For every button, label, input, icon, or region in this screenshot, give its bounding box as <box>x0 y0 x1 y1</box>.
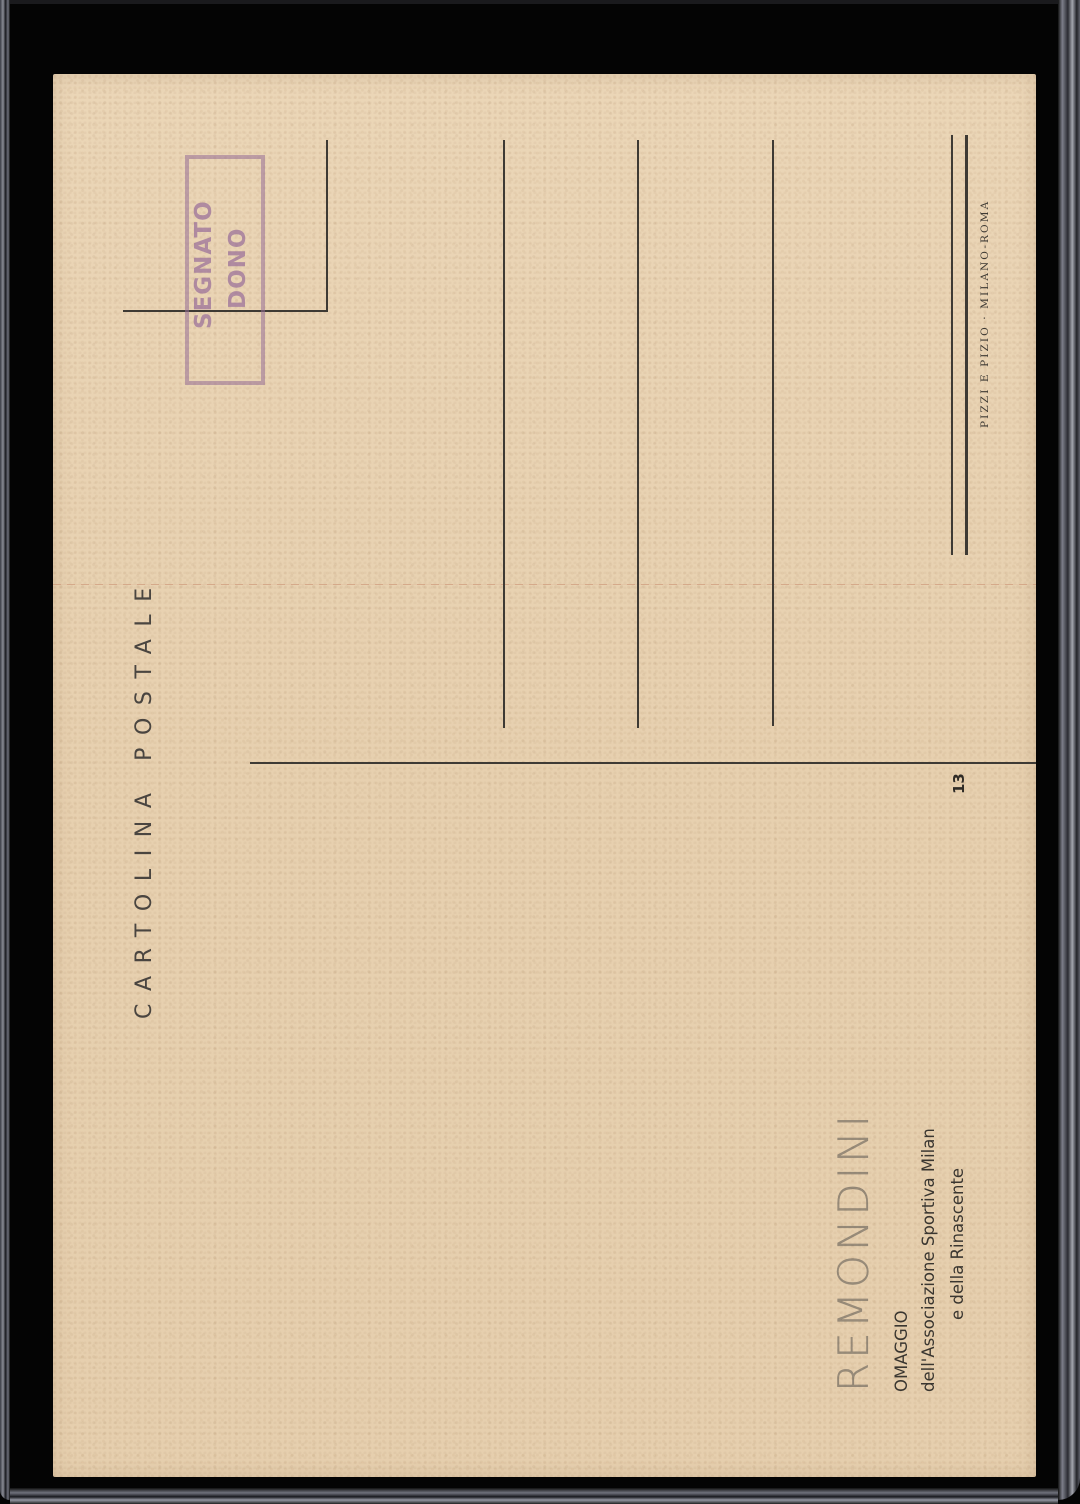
postcard-title: CARTOLINA POSTALE <box>132 575 157 1019</box>
message-divider <box>250 762 1036 764</box>
stamp-box-right-border <box>326 140 328 312</box>
card-number: 13 <box>950 773 968 794</box>
caption-omaggio: OMAGGIO <box>892 1310 911 1392</box>
card-holder: CARTOLINA POSTALE SEGNATO DONO PIZZI E P… <box>0 0 1080 1504</box>
publisher-rule-left <box>951 135 953 555</box>
address-line-1 <box>503 140 505 728</box>
holder-left-edge <box>0 0 10 1500</box>
holder-bottom-edge <box>10 1488 1058 1504</box>
stamp-text-line2: DONO <box>225 228 251 309</box>
rubber-stamp: SEGNATO DONO <box>185 155 265 385</box>
caption-association: dell'Associazione Sportiva Milan <box>919 1128 938 1392</box>
address-line-3 <box>772 140 774 726</box>
publisher-rule-right <box>965 135 968 555</box>
caption-rinascente: e della Rinascente <box>948 1168 967 1320</box>
publisher-imprint: PIZZI E PIZIO · MILANO-ROMA <box>979 200 991 428</box>
postcard-back: CARTOLINA POSTALE SEGNATO DONO PIZZI E P… <box>53 74 1036 1477</box>
stamp-text-line1: SEGNATO <box>191 200 217 329</box>
holder-top-edge <box>10 0 1058 4</box>
address-line-2 <box>637 140 639 728</box>
handwritten-name: REMONDINI <box>829 1111 878 1392</box>
holder-right-edge <box>1058 0 1080 1500</box>
paper-crease <box>53 584 1036 585</box>
